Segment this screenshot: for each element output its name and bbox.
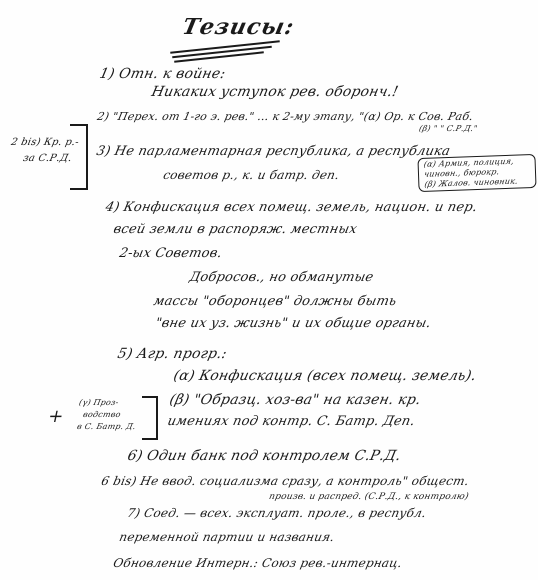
thesis-4-cont: "вне их уз. жизнь" и их общие органы. bbox=[154, 316, 432, 331]
thesis-2: 2) "Перех. от 1-го э. рев." ... к 2-му э… bbox=[96, 110, 474, 123]
margin-note-line: (γ) Проз- bbox=[78, 398, 119, 408]
manuscript-page: Тезисы: 1) Отн. к войне: Никаких уступок… bbox=[0, 0, 538, 580]
manuscript-title: Тезисы: bbox=[180, 14, 297, 40]
thesis-5-alpha: (α) Конфискация (всех помещ. земель). bbox=[172, 368, 478, 384]
thesis-1-body: Никаких уступок рев. оборонч.! bbox=[150, 84, 400, 100]
margin-bracket bbox=[142, 396, 158, 440]
thesis-7: 7) Соед. — всех. эксплуат. проле., в рес… bbox=[126, 506, 428, 520]
thesis-7-cont: переменной партии и названия. bbox=[118, 530, 336, 544]
thesis-5-beta-cont: имениях под контр. С. Батр. Деп. bbox=[166, 414, 416, 429]
thesis-1-heading: 1) Отн. к войне: bbox=[98, 66, 227, 82]
thesis-5-beta: (β) "Образц. хоз-ва" на казен. кр. bbox=[168, 392, 422, 408]
thesis-6: 6) Один банк под контролем С.Р.Д. bbox=[126, 448, 402, 464]
boxed-note: (α) Армия, полиция, чиновн., бюрокр. (β)… bbox=[417, 154, 536, 192]
margin-note-line: водство bbox=[82, 410, 122, 420]
margin-bracket bbox=[70, 124, 88, 190]
thesis-4: 4) Конфискация всех помещ. земель, нацио… bbox=[104, 200, 479, 215]
thesis-5: 5) Агр. прогр.: bbox=[116, 346, 228, 362]
margin-note-line: в С. Батр. Д. bbox=[76, 422, 137, 432]
thesis-4-cont: всей земли в распоряж. местных bbox=[112, 222, 358, 237]
thesis-6-bis-sub: произв. и распред. (С.Р.Д., к контролю) bbox=[268, 492, 470, 502]
thesis-7-cont: Обновление Интерн.: Союз рев.-интернац. bbox=[112, 556, 403, 570]
thesis-3: 3) Не парламентарная республика, а респу… bbox=[95, 144, 452, 159]
thesis-4-cont: массы "оборонцев" должны быть bbox=[152, 294, 398, 309]
thesis-4-cont: Добросов., но обманутые bbox=[188, 270, 375, 285]
thesis-6-bis: 6 bis) Не ввод. социализма сразу, а конт… bbox=[100, 474, 470, 488]
margin-note-line: за С.Р.Д. bbox=[22, 153, 73, 164]
thesis-3-cont: советов р., к. и батр. деп. bbox=[162, 168, 341, 182]
thesis-4-cont: 2-ых Советов. bbox=[118, 246, 223, 261]
thesis-2-sub: (β) " " С.Р.Д." bbox=[418, 124, 478, 134]
plus-mark: + bbox=[46, 406, 66, 427]
